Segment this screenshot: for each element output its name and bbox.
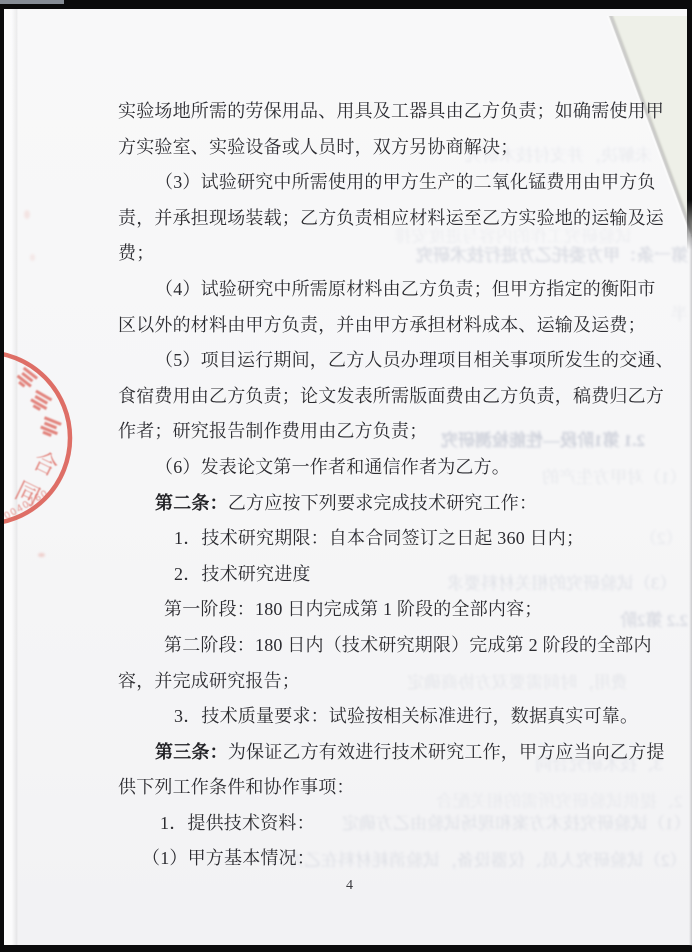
contract-line-text: 3．技术质量要求：试验按相关标准进行，数据真实可靠。 (174, 706, 638, 726)
contract-line: 方实验室、实验设备或人员时，双方另协商解决； (118, 130, 666, 166)
contract-line: 容，并完成研究报告； (118, 664, 666, 700)
contract-line: 第三条：为保证乙方有效进行技术研究工作，甲方应当向乙方提 (118, 735, 666, 771)
contract-line-text: 食宿费用由乙方负责；论文发表所需版面费由乙方负责，稿费归乙方 (118, 386, 664, 406)
contract-line: 2．技术研究进度 (118, 557, 666, 593)
contract-line-text: 第一阶段：180 日内完成第 1 阶段的全部内容； (164, 599, 543, 619)
contract-line-text: 责，并承担现场装载；乙方负责相应材料运至乙方实验地的运输及运 (118, 208, 664, 228)
contract-line: 区以外的材料由甲方负责，并由甲方承担材料成本、运输及运费； (118, 308, 666, 344)
contract-line-text: 第二阶段：180 日内（技术研究期限）完成第 2 阶段的全部内 (164, 635, 652, 655)
contract-line: 1．提供技术资料： (118, 806, 666, 842)
scan-border-top (0, 0, 692, 9)
scan-border-right (687, 0, 692, 250)
contract-line: 1．技术研究期限：自本合同签订之日起 360 日内； (118, 521, 666, 557)
red-seal-stamp: 合 同 0040760 (0, 346, 92, 556)
clause-heading: 第二条： (155, 493, 228, 513)
contract-line: （1）甲方基本情况： (118, 841, 666, 877)
contract-line-text: 为保证乙方有效进行技术研究工作，甲方应当向乙方提 (228, 742, 665, 762)
contract-line-text: 费； (118, 243, 154, 263)
contract-line: 供下列工作条件和协作事项： (118, 770, 666, 806)
seal-text-char1: 合 (29, 447, 62, 482)
contract-line-text: 1．技术研究期限：自本合同签订之日起 360 日内； (174, 528, 584, 548)
contract-line: 3．技术质量要求：试验按相关标准进行，数据真实可靠。 (118, 699, 666, 735)
contract-line-text: 作者；研究报告制作费用由乙方负责； (118, 421, 427, 441)
contract-line-text: 区以外的材料由甲方负责，并由甲方承担材料成本、运输及运费； (118, 315, 646, 335)
contract-line: 第一阶段：180 日内完成第 1 阶段的全部内容； (118, 592, 666, 628)
contract-line-text: 容，并完成研究报告； (118, 671, 300, 691)
ink-speckle (30, 254, 35, 261)
contract-line: （4）试验研究中所需原材料由乙方负责；但甲方指定的衡阳市 (118, 272, 666, 308)
scan-glare-sliver (0, 0, 64, 4)
ink-speckle (38, 553, 45, 557)
contract-line: 作者；研究报告制作费用由乙方负责； (118, 414, 666, 450)
contract-line: 食宿费用由乙方负责；论文发表所需版面费由乙方负责，稿费归乙方 (118, 379, 666, 415)
contract-line-text: 1．提供技术资料： (160, 813, 315, 833)
contract-line: （6）发表论文第一作者和通信作者为乙方。 (118, 450, 666, 486)
contract-line-text: 方实验室、实验设备或人员时，双方另协商解决； (118, 137, 518, 157)
contract-line-text: （5）项目运行期间，乙方人员办理项目相关事项所发生的交通、 (155, 350, 674, 370)
contract-line-text: 实验场地所需的劳保用品、用具及工器具由乙方负责；如确需使用甲 (118, 101, 664, 121)
contract-line: 实验场地所需的劳保用品、用具及工器具由乙方负责；如确需使用甲 (118, 94, 666, 130)
contract-line-text: （6）发表论文第一作者和通信作者为乙方。 (155, 457, 510, 477)
clause-heading: 第三条： (155, 742, 228, 762)
scanned-contract-page: 实验场地所需的劳保用品、用具及工器具由乙方负责；如确需使用甲方实验室、实验设备或… (4, 8, 692, 946)
contract-line: 责，并承担现场装载；乙方负责相应材料运至乙方实验地的运输及运 (118, 201, 666, 237)
contract-line-text: （4）试验研究中所需原材料由乙方负责；但甲方指定的衡阳市 (155, 279, 656, 299)
contract-line-text: 2．技术研究进度 (174, 564, 311, 584)
scan-border-bottom (0, 945, 692, 952)
contract-line: 第二条：乙方应按下列要求完成技术研究工作： (118, 486, 666, 522)
ink-speckle (24, 210, 30, 219)
contract-line: 费； (118, 236, 666, 272)
page-number: 4 (4, 878, 692, 894)
contract-line: 第二阶段：180 日内（技术研究期限）完成第 2 阶段的全部内 (118, 628, 666, 664)
bleedthrough-line: 半 (671, 300, 688, 325)
seal-arc-glyphs (14, 367, 62, 439)
contract-line-text: 乙方应按下列要求完成技术研究工作： (228, 493, 537, 513)
contract-line-text: （1）甲方基本情况： (142, 848, 315, 868)
contract-line-text: 供下列工作条件和协作事项： (118, 777, 355, 797)
scan-border-left (0, 0, 4, 952)
contract-line: （5）项目运行期间，乙方人员办理项目相关事项所发生的交通、 (118, 343, 666, 379)
contract-line-text: （3）试验研究中所需使用的甲方生产的二氧化锰费用由甲方负 (155, 172, 656, 192)
contract-text-block: 实验场地所需的劳保用品、用具及工器具由乙方负责；如确需使用甲方实验室、实验设备或… (118, 94, 666, 877)
contract-line: （3）试验研究中所需使用的甲方生产的二氧化锰费用由甲方负 (118, 165, 666, 201)
